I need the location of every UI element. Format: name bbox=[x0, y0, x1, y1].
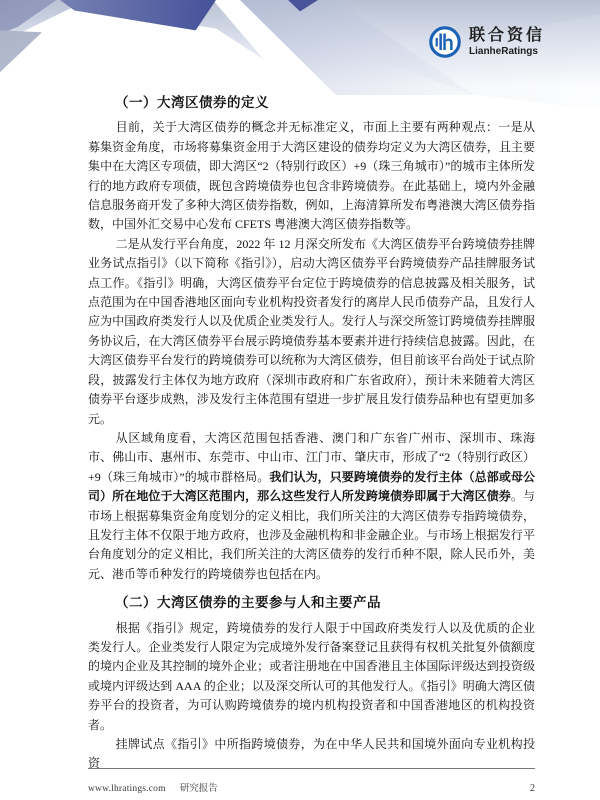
lianhe-logo-icon bbox=[428, 25, 462, 59]
brand-logo: 联合资信 LianheRatings bbox=[428, 25, 545, 59]
paragraph-definition-2: 二是从发行平台角度，2022 年 12 月深交所发布《大湾区债券平台跨境债券挂牌… bbox=[88, 235, 535, 429]
page-footer: www.lhratings.com 研究报告 2 bbox=[88, 768, 535, 794]
brand-name-cn: 联合资信 bbox=[469, 28, 545, 44]
footer-page-number: 2 bbox=[530, 783, 535, 794]
document-body: （一）大湾区债券的定义 目前，关于大湾区债券的概念并无标准定义，市面上主要有两种… bbox=[88, 93, 535, 774]
paragraph-definition-1: 目前，关于大湾区债券的概念并无标准定义，市面上主要有两种观点：一是从募集资金角度… bbox=[88, 118, 535, 234]
paragraph-definition-3: 从区域角度看，大湾区范围包括香港、澳门和广东省广州市、深圳市、珠海市、佛山市、惠… bbox=[88, 429, 535, 584]
footer-divider bbox=[88, 768, 535, 769]
section-heading-definition: （一）大湾区债券的定义 bbox=[88, 93, 535, 112]
paragraph-participants-1: 根据《指引》规定，跨境债券的发行人限于中国政府类发行人以及优质的企业类发行人。企… bbox=[88, 619, 535, 735]
section-heading-participants: （二）大湾区债券的主要参与人和主要产品 bbox=[88, 593, 535, 612]
footer-doc-type: 研究报告 bbox=[180, 780, 218, 794]
brand-name-en: LianheRatings bbox=[469, 47, 545, 57]
footer-website-link[interactable]: www.lhratings.com bbox=[88, 784, 166, 794]
document-page: 联合资信 LianheRatings （一）大湾区债券的定义 目前，关于大湾区债… bbox=[0, 0, 600, 800]
